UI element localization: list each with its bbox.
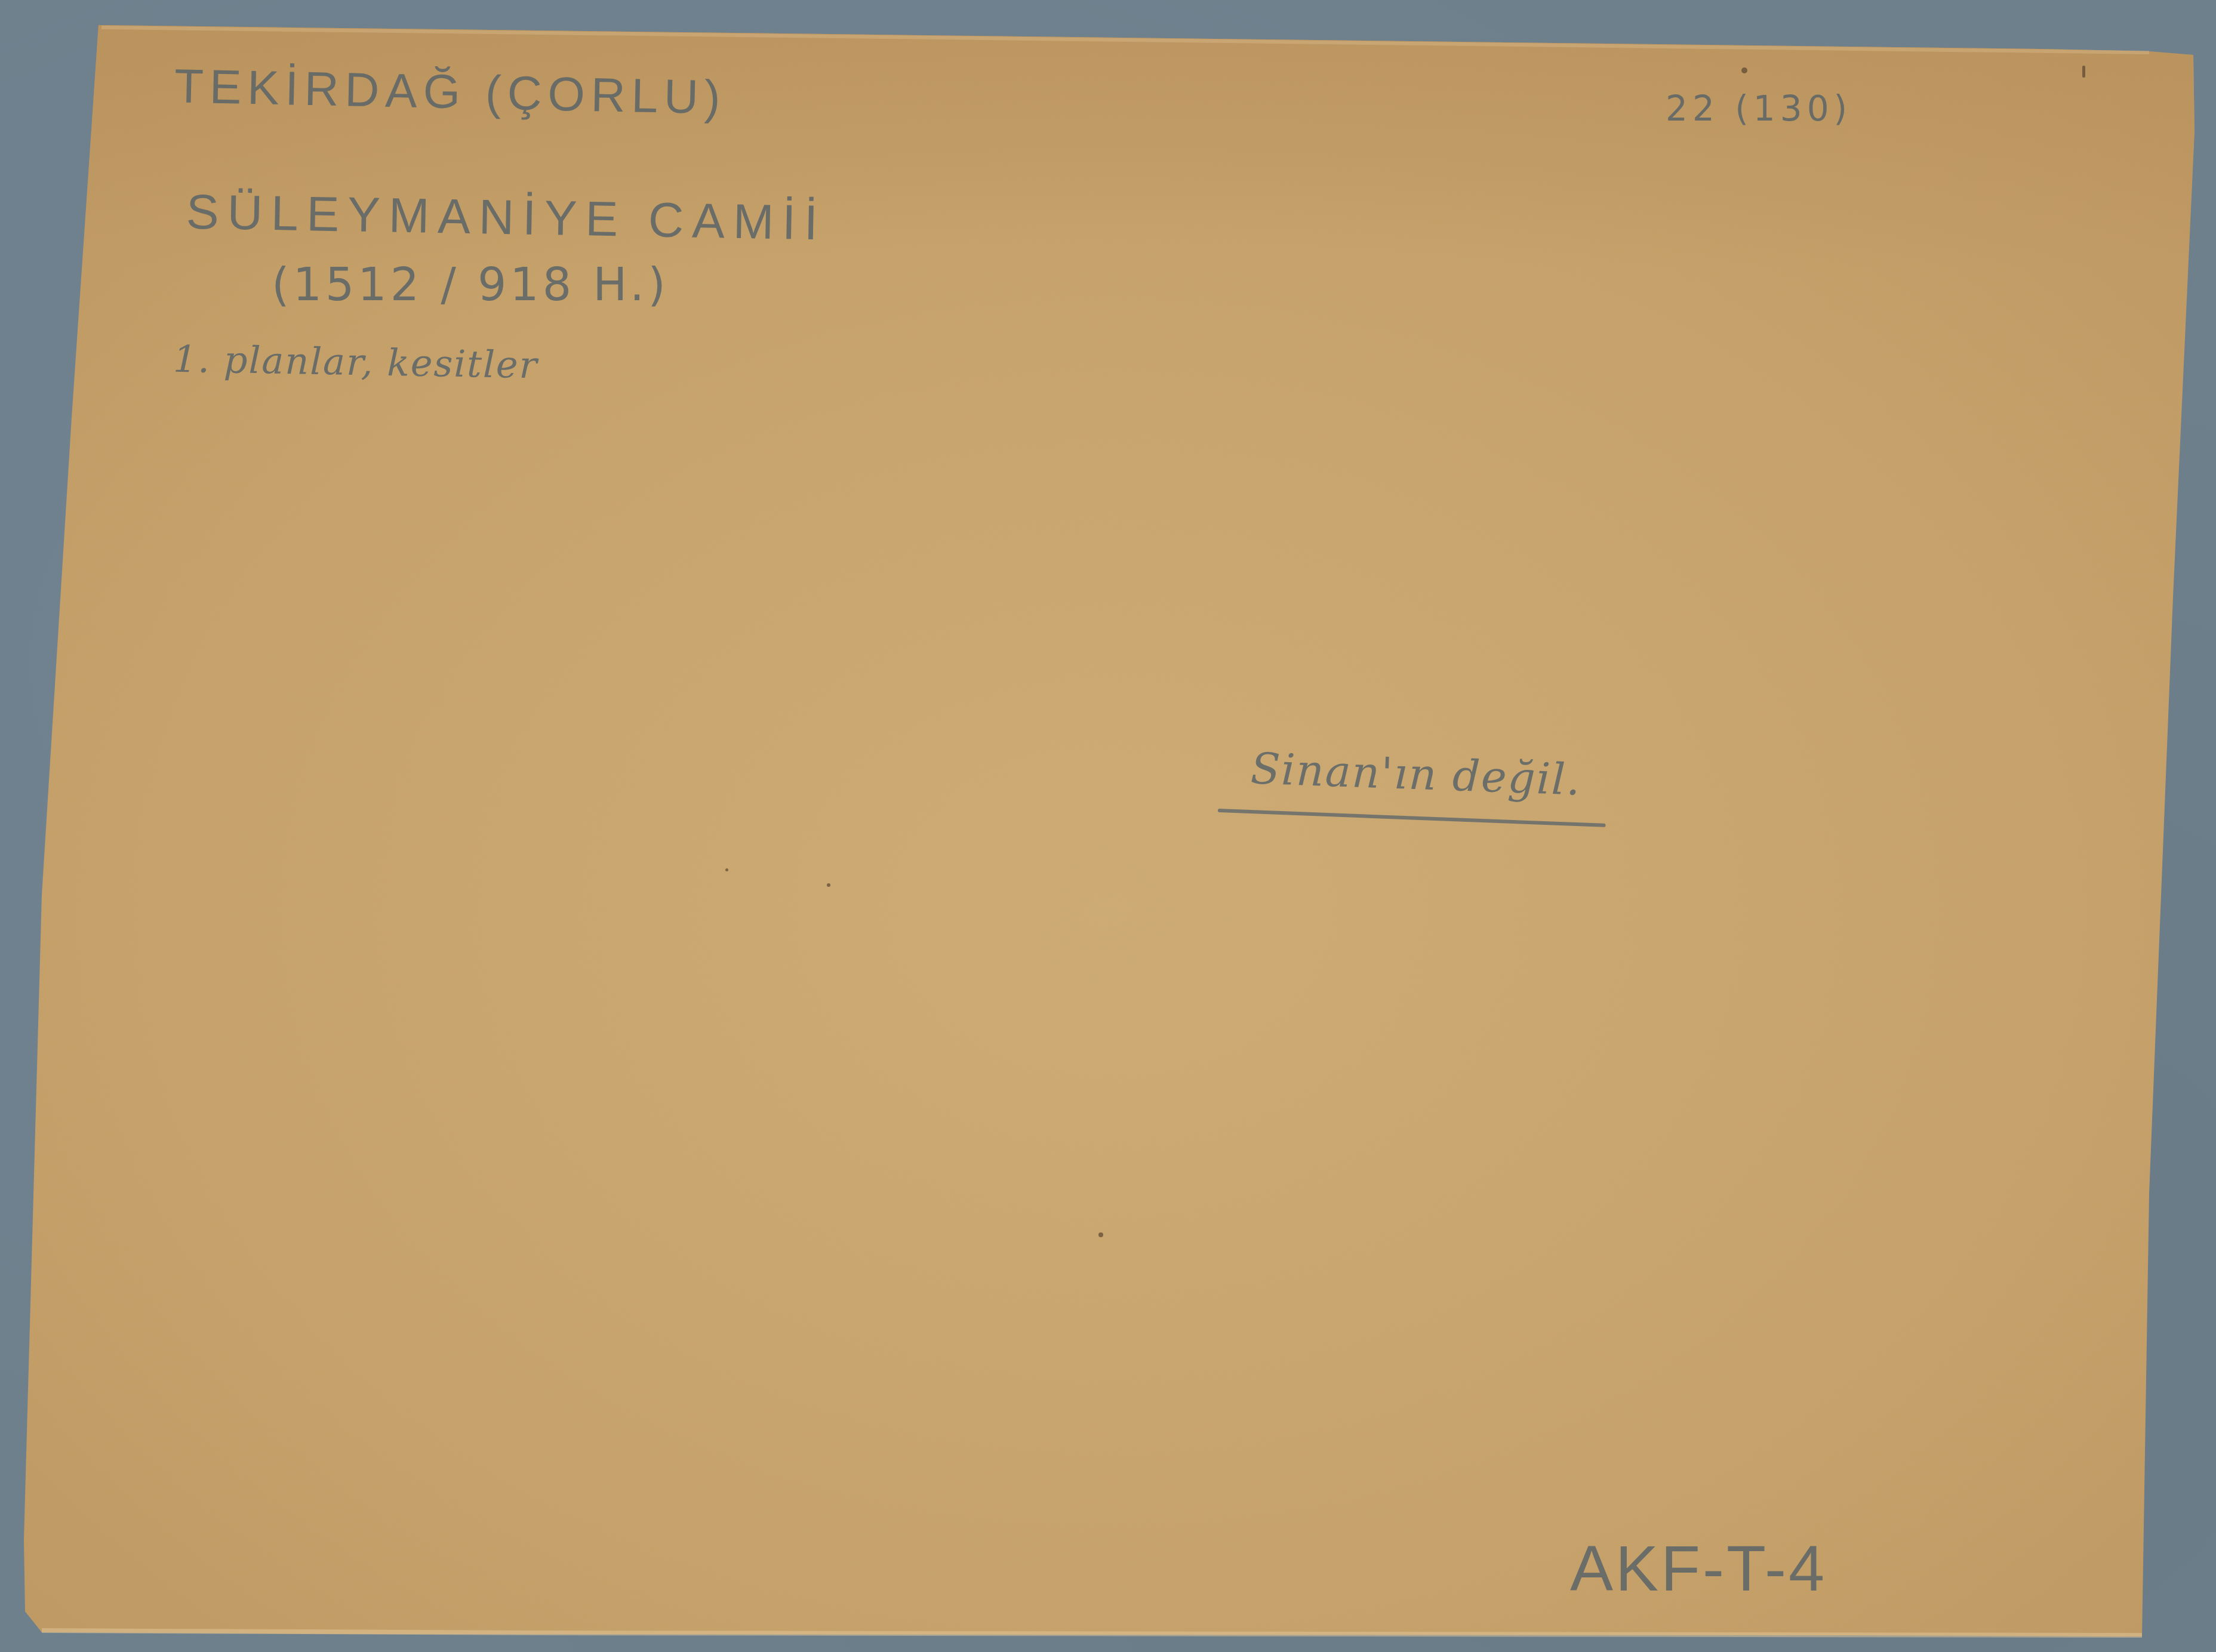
paper-speck	[2082, 66, 2085, 78]
location-annotation: TEKİRDAĞ (ÇORLU)	[174, 58, 727, 125]
contents-annotation: 1. planlar, kesitler	[173, 337, 538, 387]
folder-number-annotation: 22 (130)	[1666, 88, 1852, 129]
catalog-id-annotation: AKF-T-4	[1570, 1531, 1827, 1605]
paper-speck	[1741, 67, 1747, 73]
paper-speck	[1098, 1232, 1103, 1237]
paper-speck	[725, 868, 728, 871]
mosque-name-annotation: SÜLEYMANİYE CAMİİ	[186, 184, 826, 252]
envelope: TEKİRDAĞ (ÇORLU) SÜLEYMANİYE CAMİİ (1512…	[0, 0, 2216, 1652]
envelope-paper	[0, 0, 2216, 1652]
paper-speck	[827, 883, 830, 887]
date-annotation: (1512 / 918 H.)	[272, 258, 669, 311]
